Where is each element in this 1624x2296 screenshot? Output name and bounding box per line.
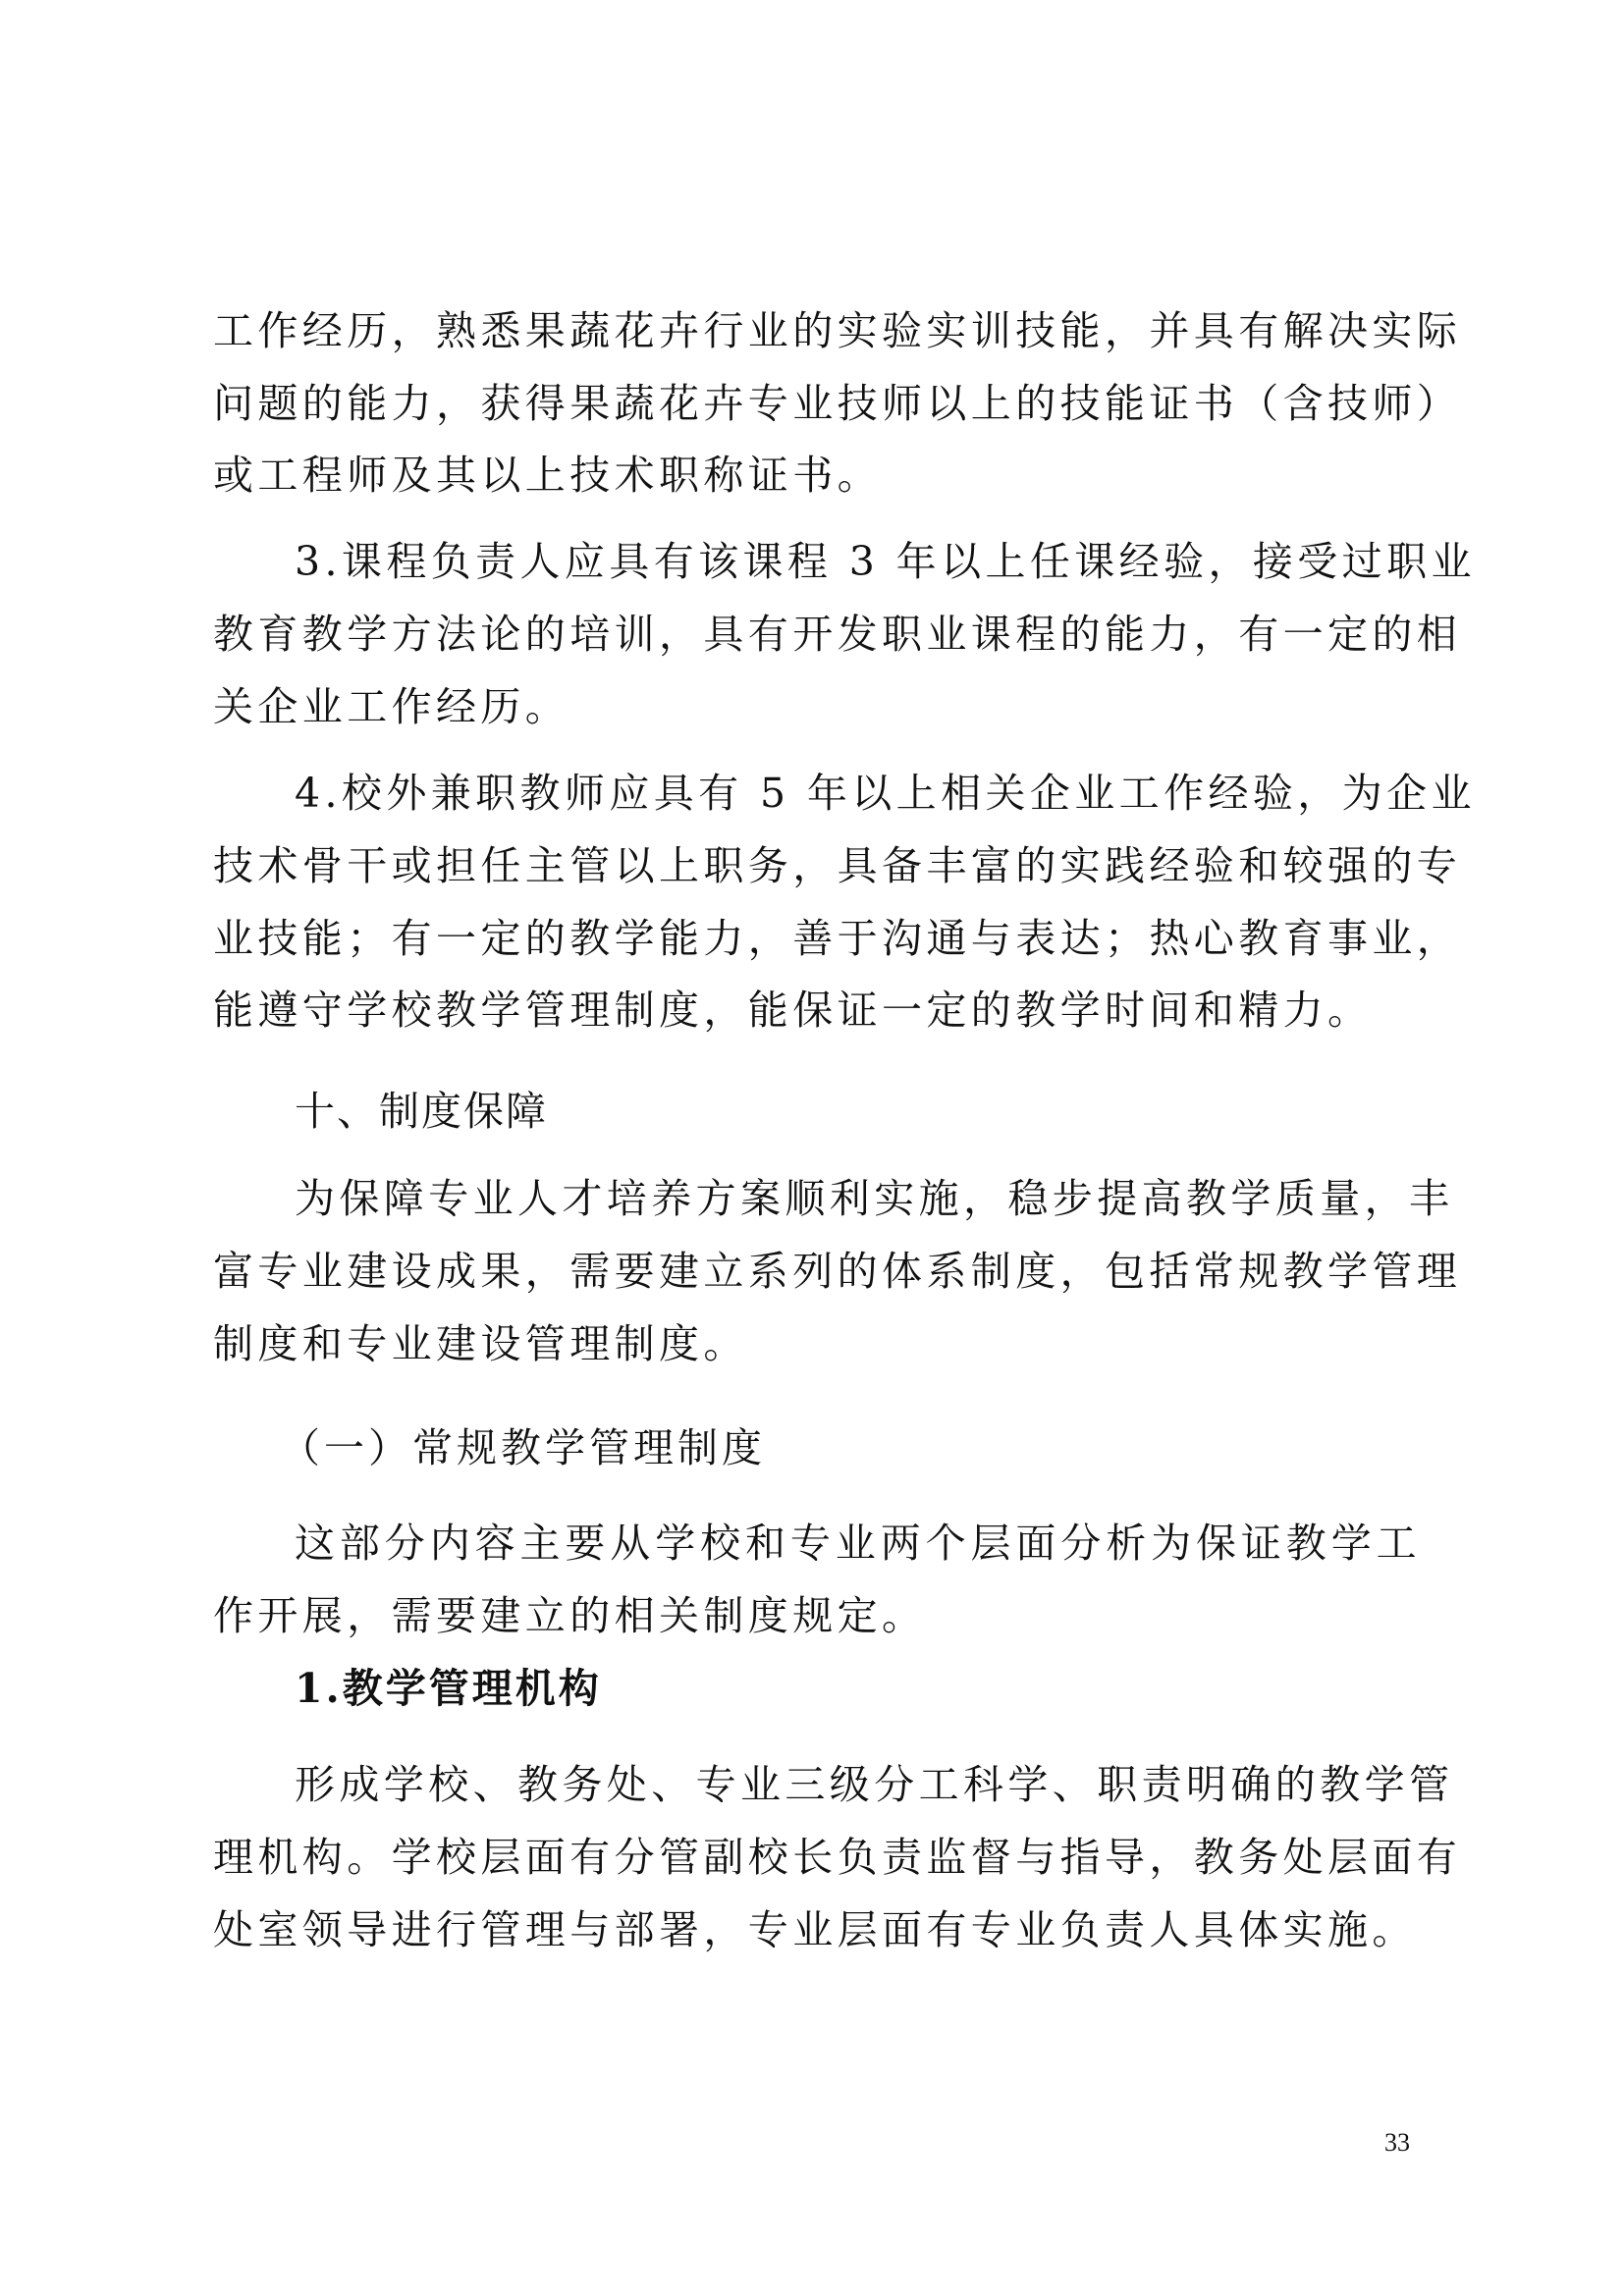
paragraph-line: 形成学校、教务处、专业三级分工科学、职责明确的教学管 (295, 1760, 1421, 1809)
paragraph-line: 4.校外兼职教师应具有 5 年以上相关企业工作经验，为企业 (295, 769, 1421, 818)
paragraph-line: 3.课程负责人应具有该课程 3 年以上任课经验，接受过职业 (295, 537, 1421, 586)
paragraph-line: 工作经历，熟悉果蔬花卉行业的实验实训技能，并具有解决实际 (213, 306, 1421, 355)
page-number: 33 (1384, 2128, 1410, 2158)
paragraph-line: 能遵守学校教学管理制度，能保证一定的教学时间和精力。 (213, 986, 1421, 1035)
paragraph-line: 富专业建设成果，需要建立系列的体系制度，包括常规教学管理 (213, 1247, 1421, 1296)
paragraph-line: 教育教学方法论的培训，具有开发职业课程的能力，有一定的相 (213, 610, 1421, 659)
paragraph-line: 理机构。学校层面有分管副校长负责监督与指导，教务处层面有 (213, 1833, 1421, 1882)
paragraph-line: 作开展，需要建立的相关制度规定。 (213, 1591, 1421, 1640)
paragraph-line: 这部分内容主要从学校和专业两个层面分析为保证教学工 (295, 1519, 1421, 1568)
paragraph-line: 技术骨干或担任主管以上职务，具备丰富的实践经验和较强的专 (213, 841, 1421, 890)
paragraph-line: 为保障专业人才培养方案顺利实施，稳步提高教学质量，丰 (295, 1174, 1421, 1223)
paragraph-line: 问题的能力，获得果蔬花卉专业技师以上的技能证书（含技师） (213, 379, 1421, 428)
paragraph-line: 处室领导进行管理与部署，专业层面有专业负责人具体实施。 (213, 1905, 1421, 1954)
subsection-heading: （一）常规教学管理制度 (280, 1423, 1421, 1472)
section-heading: 十、制度保障 (295, 1087, 1421, 1136)
item-heading: 1.教学管理机构 (295, 1664, 1421, 1713)
paragraph-line: 关企业工作经历。 (213, 682, 1421, 731)
document-page: 工作经历，熟悉果蔬花卉行业的实验实训技能，并具有解决实际 问题的能力，获得果蔬花… (0, 0, 1624, 2296)
paragraph-line: 业技能；有一定的教学能力，善于沟通与表达；热心教育事业， (213, 914, 1421, 963)
paragraph-line: 制度和专业建设管理制度。 (213, 1319, 1421, 1368)
paragraph-line: 或工程师及其以上技术职称证书。 (213, 451, 1421, 500)
